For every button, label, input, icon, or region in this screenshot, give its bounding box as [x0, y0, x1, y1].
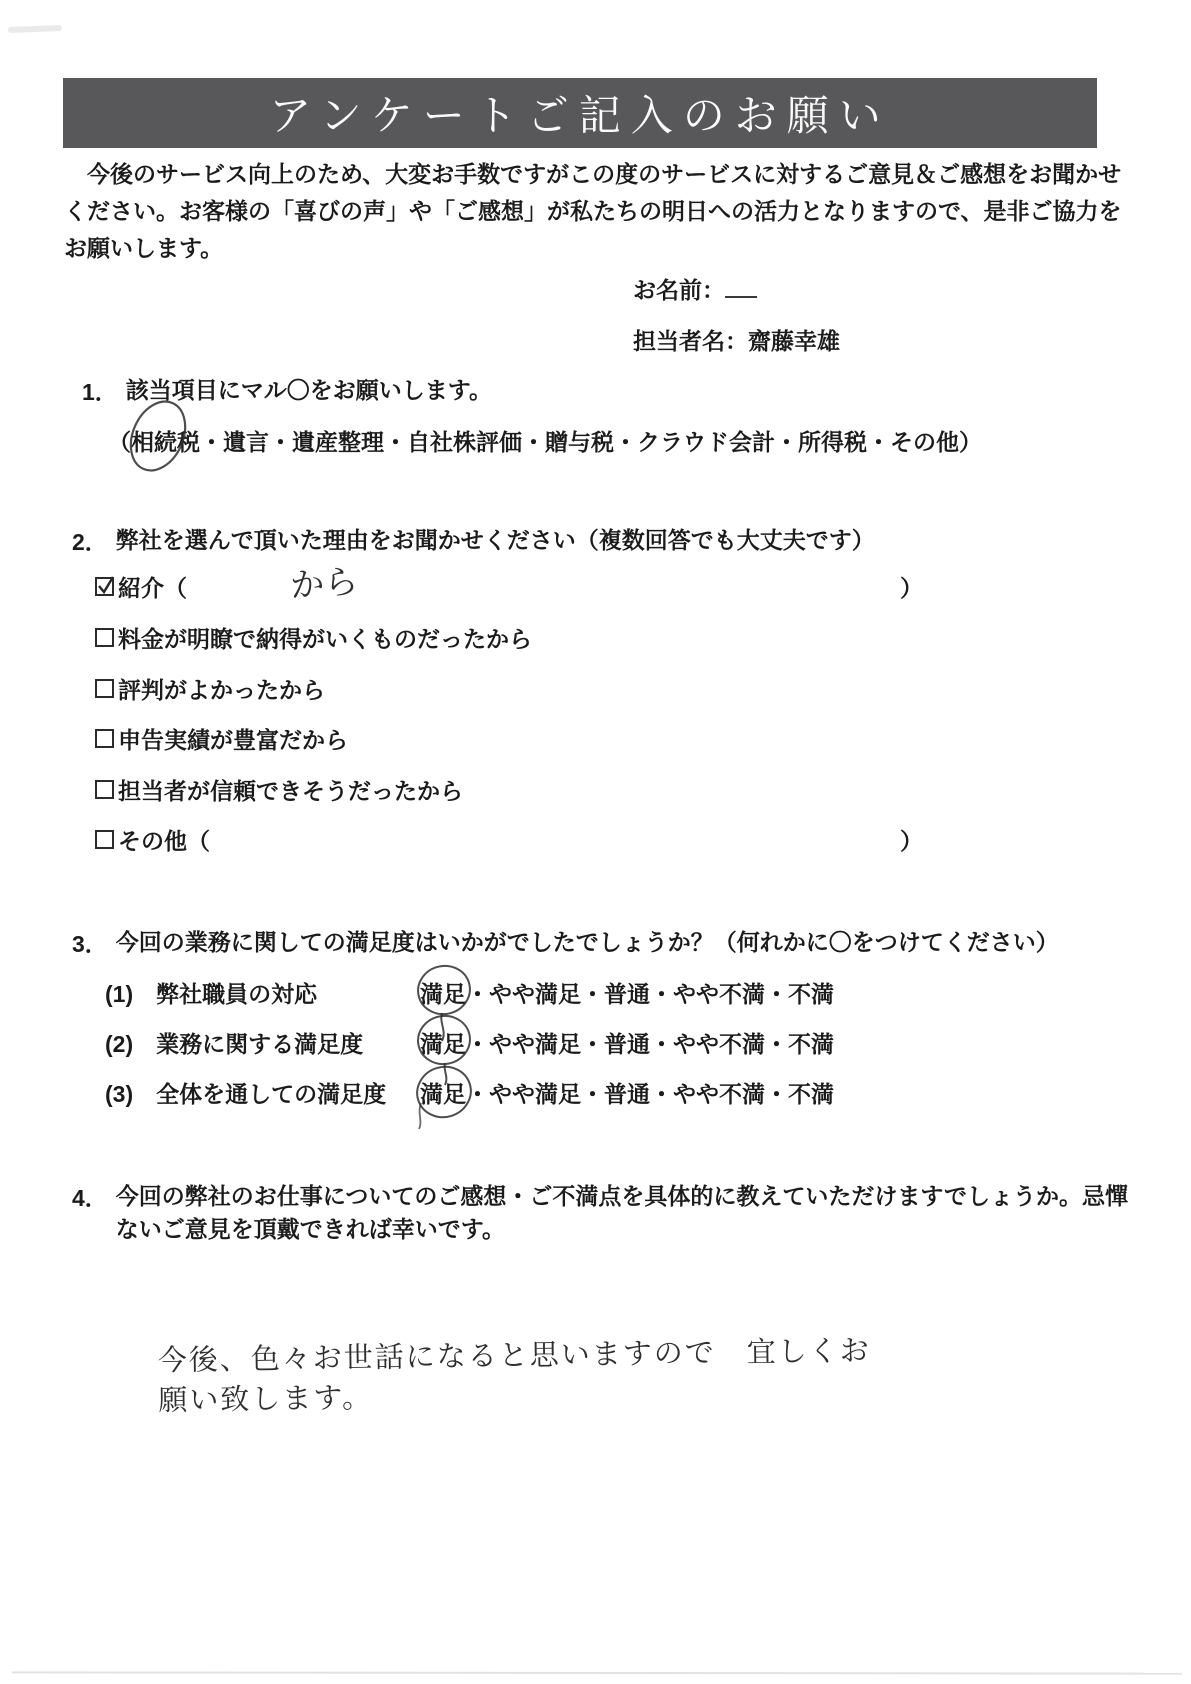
q2-option-label: 申告実績が豊富だから	[118, 722, 348, 755]
survey-title-bar: アンケートご記入のお願い	[63, 78, 1097, 148]
checkbox-checked-icon	[95, 577, 114, 596]
q2-option-label: 担当者が信頼できそうだったから	[118, 773, 463, 806]
rating-rest-options: ・やや満足・普通・やや不満・不満	[466, 1081, 834, 1107]
q3-row-number: (3)	[105, 1081, 133, 1107]
q3-selected-rating: 満足	[420, 976, 466, 1009]
q3-row-label: (1) 弊社職員の対応	[105, 976, 420, 1009]
staff-name-value: 齋藤幸雄	[748, 328, 840, 354]
checkbox-empty-icon	[95, 780, 114, 799]
q3-rating-scale: 満足 ・やや満足・普通・やや不満・不満	[420, 1026, 834, 1059]
rating-first-option: 満足	[420, 1031, 466, 1057]
name-field-blank	[725, 276, 757, 298]
staff-field-label: 担当者名：	[633, 328, 748, 354]
checkbox-empty-icon	[95, 729, 114, 748]
handwritten-comment: 今後、色々お世話になると思いますので 宜しくお願い致します。	[157, 1331, 898, 1421]
q3-row-overall-satisfaction: (3) 全体を通しての満足度 満足 ・やや満足・普通・やや不満・不満	[105, 1076, 834, 1109]
question-1-options-line: （相続税・遺言・遺産整理・自社株評価・贈与税・クラウド会計・所得税・その他）	[108, 424, 982, 457]
q2-option-other: その他（ ）	[95, 823, 935, 856]
question-2-text: 弊社を選んで頂いた理由をお聞かせください（複数回答でも大丈夫です）	[116, 524, 875, 557]
question-1-text: 該当項目にマル〇をお願いします。	[126, 374, 492, 407]
q3-row-title: 全体を通しての満足度	[156, 1081, 386, 1107]
q2-option-label: その他（	[118, 823, 210, 856]
question-3-text: 今回の業務に関しての満足度はいかがでしたでしょうか？（何れかに〇をつけてください…	[116, 926, 1059, 959]
question-1-number: 1．	[82, 374, 118, 407]
q2-option-trustworthy-staff: 担当者が信頼できそうだったから	[95, 773, 935, 806]
page-title: アンケートご記入のお願い	[269, 83, 890, 143]
name-field-label: お名前：	[633, 277, 725, 303]
rating-first-option: 満足	[420, 981, 466, 1007]
q3-row-number: (2)	[105, 1031, 133, 1057]
question-4-number: 4．	[72, 1180, 108, 1246]
handwritten-answer-referral: から	[288, 554, 359, 608]
q2-option-label: 料金が明瞭で納得がいくものだったから	[118, 621, 532, 654]
q2-option-close-paren: ）	[900, 823, 923, 856]
question-3-number: 3．	[72, 926, 108, 959]
q2-option-label: 紹介（	[118, 570, 187, 603]
q2-option-label: 評判がよかったから	[118, 672, 325, 705]
q3-row-staff-response: (1) 弊社職員の対応 満足 ・やや満足・普通・やや不満・不満	[105, 976, 834, 1009]
rating-rest-options: ・やや満足・普通・やや不満・不満	[466, 1031, 834, 1057]
q3-selected-rating: 満足	[420, 1026, 466, 1059]
staff-field-row: 担当者名：齋藤幸雄	[633, 323, 840, 356]
question-4-heading: 4． 今回の弊社のお仕事についてのご感想・ご不満点を具体的に教えていただけますで…	[72, 1180, 1134, 1246]
q3-rating-scale: 満足 ・やや満足・普通・やや不満・不満	[420, 976, 834, 1009]
q2-option-reputation: 評判がよかったから	[95, 672, 935, 705]
scanned-survey-page: アンケートご記入のお願い 今後のサービス向上のため、大変お手数ですがこの度のサー…	[0, 0, 1191, 1684]
q2-option-referral: 紹介（ から ）	[95, 570, 935, 603]
q3-row-service-satisfaction: (2) 業務に関する満足度 満足 ・やや満足・普通・やや不満・不満	[105, 1026, 834, 1059]
checkbox-empty-icon	[95, 830, 114, 849]
scan-artifact-smudge	[8, 25, 62, 33]
question-2-number: 2．	[72, 524, 108, 557]
q3-row-title: 業務に関する満足度	[156, 1031, 363, 1057]
q2-option-track-record: 申告実績が豊富だから	[95, 722, 935, 755]
scan-artifact-bottom-line	[12, 1671, 1182, 1674]
rating-first-option: 満足	[420, 1081, 466, 1107]
check-icon	[95, 575, 117, 597]
q2-option-pricing: 料金が明瞭で納得がいくものだったから	[95, 621, 935, 654]
question-1-heading: 1． 該当項目にマル〇をお願いします。	[82, 374, 492, 407]
question-3-heading: 3． 今回の業務に関しての満足度はいかがでしたでしょうか？（何れかに〇をつけてく…	[72, 926, 1059, 959]
question-4-text: 今回の弊社のお仕事についてのご感想・ご不満点を具体的に教えていただけますでしょう…	[116, 1180, 1134, 1246]
q2-option-close-paren: ）	[900, 570, 923, 603]
question-2-heading: 2． 弊社を選んで頂いた理由をお聞かせください（複数回答でも大丈夫です）	[72, 524, 875, 557]
rating-rest-options: ・やや満足・普通・やや不満・不満	[466, 981, 834, 1007]
intro-paragraph: 今後のサービス向上のため、大変お手数ですがこの度のサービスに対するご意見＆ご感想…	[64, 156, 1130, 267]
q3-row-title: 弊社職員の対応	[156, 981, 317, 1007]
q3-rating-scale: 満足 ・やや満足・普通・やや不満・不満	[420, 1076, 834, 1109]
q3-row-label: (3) 全体を通しての満足度	[105, 1076, 420, 1109]
checkbox-empty-icon	[95, 679, 114, 698]
q3-row-label: (2) 業務に関する満足度	[105, 1026, 420, 1059]
name-field-row: お名前：	[633, 272, 757, 305]
q3-row-number: (1)	[105, 981, 133, 1007]
q3-selected-rating: 満足	[420, 1076, 466, 1109]
checkbox-empty-icon	[95, 628, 114, 647]
